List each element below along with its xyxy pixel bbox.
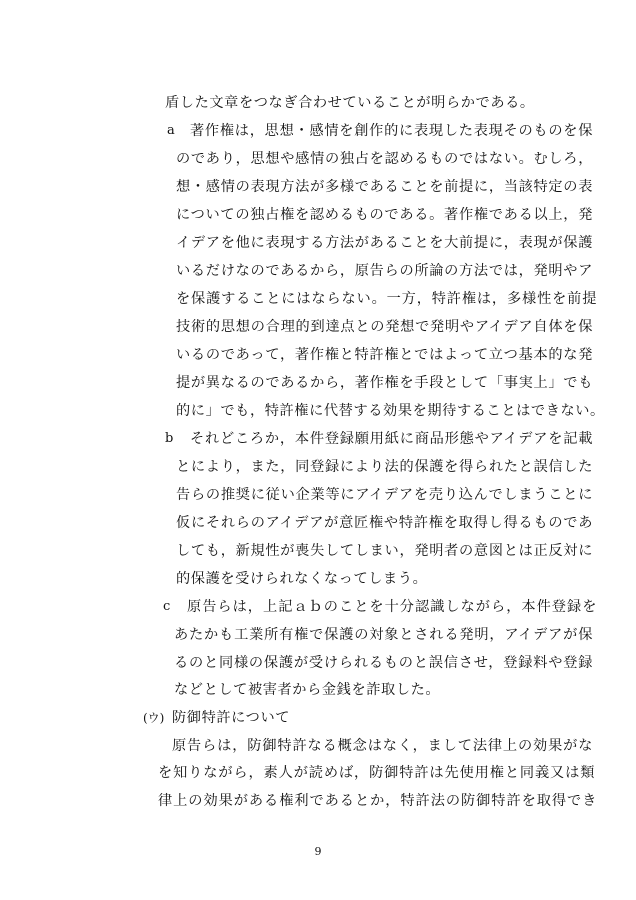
- text-line: 告らの推奨に従い企業等にアイデアを売り込んでしまうことにより，: [176, 485, 593, 505]
- page-number: 9: [0, 844, 636, 860]
- text-line: などとして被害者から金銭を詐取した。: [174, 680, 440, 700]
- section-marker-u: (ウ): [143, 708, 164, 728]
- text-line: イデアを他に表現する方法があることを大前提に，表現が保護されて: [176, 233, 593, 253]
- text-line: のであり，思想や感情の独占を認めるものではない。むしろ，当該思: [176, 149, 593, 169]
- text-line: を保護することにはならない。一方，特許権は，多様性を前提とせず，: [176, 289, 597, 309]
- section-heading: 防御特許について: [172, 708, 290, 728]
- text-line: それどころか，本件登録願用紙に商品形態やアイデアを記載するこ: [190, 429, 593, 449]
- text-line: るのと同様の保護が受けられるものと誤信させ，登録料や登録継続料: [174, 653, 593, 673]
- text-line: いるのであって，著作権と特許権とではよって立つ基本的な発想，前: [176, 345, 593, 365]
- text-line: 技術的思想の合理的到達点との発想で発明やアイデア自体を保護して: [176, 317, 593, 337]
- text-line: を知りながら，素人が読めば，防御特許は先使用権と同義又は類似の法: [158, 763, 595, 783]
- text-line: 原告らは，防御特許なる概念はなく，まして法律上の効果がないこと: [172, 736, 593, 756]
- text-line: 想・感情の表現方法が多様であることを前提に，当該特定の表現方法: [176, 177, 593, 197]
- text-line: 原告らは，上記ａｂのことを十分認識しながら，本件登録をすれば，: [187, 597, 597, 617]
- text-line: 的に」でも，特許権に代替する効果を期待することはできない。: [176, 401, 605, 421]
- text-line: 盾した文章をつなぎ合わせていることが明らかである。: [165, 93, 535, 113]
- text-line: いるだけなのであるから，原告らの所論の方法では，発明やアイデア: [176, 261, 593, 281]
- text-line: あたかも工業所有権で保護の対象とされる発明，アイデアが保護され: [174, 625, 593, 645]
- text-line: 提が異なるのであるから，著作権を手段として「事実上」でも「反射: [176, 373, 593, 393]
- text-line: についての独占権を認めるものである。著作権である以上，発明やア: [176, 205, 593, 225]
- text-line: しても，新規性が喪失してしまい，発明者の意図とは正反対に全く法: [176, 541, 593, 561]
- text-line: 著作権は，思想・感情を創作的に表現した表現そのものを保護する: [190, 121, 593, 141]
- item-marker-c: c: [163, 597, 170, 617]
- text-line: 仮にそれらのアイデアが意匠権や特許権を取得し得るものであったと: [176, 513, 593, 533]
- text-line: 的保護を受けられなくなってしまう。: [176, 569, 427, 589]
- item-marker-a: a: [167, 121, 175, 141]
- text-line: とにより，また，同登録により法的保護を得られたと誤信した者が原: [176, 457, 593, 477]
- text-line: 律上の効果がある権利であるとか，特許法の防御特許を取得できるとか，: [158, 791, 597, 811]
- item-marker-b: b: [165, 429, 173, 449]
- document-page: 盾した文章をつなぎ合わせていることが明らかである。 a 著作権は，思想・感情を創…: [0, 0, 636, 900]
